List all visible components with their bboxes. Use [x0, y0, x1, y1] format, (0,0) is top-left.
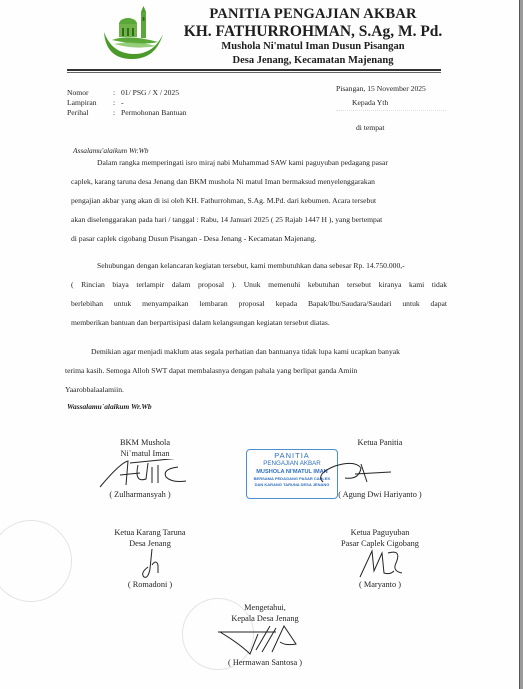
- body-paragraph-1: Dalam rangka memperingati isro miraj nab…: [71, 153, 447, 248]
- signatory-paguyuban: Ketua Paguyuban Pasar Caplek Cigobang ( …: [310, 527, 450, 590]
- recipient-line: [336, 110, 446, 111]
- text-line: terima kasih. Semoga Alloh SWT dapat mem…: [65, 361, 441, 380]
- letter-meta: Nomor : 01/ PSG / X / 2025 Lampiran : - …: [67, 88, 187, 118]
- recipient-location: di tempat: [356, 123, 384, 133]
- mosque-crescent-logo-icon: [98, 4, 168, 62]
- meta-sep: :: [113, 108, 121, 118]
- meta-value: -: [121, 98, 124, 108]
- signatory-subtitle: Ni`matul Iman: [90, 448, 200, 459]
- page-edge: [519, 0, 523, 689]
- meta-sep: :: [113, 88, 121, 98]
- meta-row-perihal: Perihal : Permohonan Bantuan: [67, 108, 187, 118]
- meta-label: Perihal: [67, 108, 113, 118]
- meta-value: Permohonan Bantuan: [121, 108, 187, 118]
- text-line: Dalam rangka memperingati isro miraj nab…: [71, 153, 447, 172]
- letterhead-divider: [67, 69, 441, 73]
- signature-icon: [310, 549, 450, 579]
- letterhead: PANITIA PENGAJIAN AKBAR KH. FATHURROHMAN…: [168, 6, 458, 68]
- signature-icon: [315, 448, 445, 489]
- signatory-title: Ketua Karang Taruna: [90, 527, 210, 538]
- text-line: pengajian akbar yang akan di isi oleh KH…: [71, 191, 447, 210]
- signatory-subtitle: Pasar Caplek Cigobang: [310, 538, 450, 549]
- meta-label: Lampiran: [67, 98, 113, 108]
- signature-icon: [90, 549, 210, 579]
- faded-seal: [0, 520, 72, 602]
- signatory-subtitle: Desa Jenang: [90, 538, 210, 549]
- text-line: ( Rincian biaya terlampir dalam proposal…: [71, 275, 447, 294]
- signatory-name: ( Agung Dwi Hariyanto ): [315, 489, 445, 500]
- signatory-name: ( Zulharmansyah ): [80, 489, 200, 500]
- text-line: Yaarobbalaalamiin.: [65, 380, 441, 399]
- place-date: Pisangan, 15 November 2025: [336, 84, 426, 94]
- signature-icon: [90, 459, 200, 489]
- closing-greeting: Wassalamu`alaikum Wr.Wb: [67, 402, 152, 411]
- text-line: memberikan bantuan dan berpartisipasi da…: [71, 313, 447, 332]
- meta-label: Nomor: [67, 88, 113, 98]
- letter-page: PANITIA PENGAJIAN AKBAR KH. FATHURROHMAN…: [0, 0, 519, 689]
- address-line-2: Desa Jenang, Kecamatan Majenang: [168, 54, 458, 68]
- text-line: Demikian agar menjadi maklum atas segala…: [65, 342, 441, 361]
- address-line-1: Mushola Ni'matul Iman Dusun Pisangan: [168, 40, 458, 54]
- text-line: akan diselenggarakan pada hari / tanggal…: [71, 210, 447, 229]
- meta-value: 01/ PSG / X / 2025: [121, 88, 179, 98]
- org-figure: KH. FATHURROHMAN, S.Ag, M. Pd.: [168, 23, 458, 40]
- body-paragraph-3: Demikian agar menjadi maklum atas segala…: [65, 342, 441, 399]
- signature-icon: [200, 624, 330, 657]
- signatory-ketua-panitia: Ketua Panitia ( Agung Dwi Hariyanto ): [315, 437, 445, 500]
- signatory-name: ( Romadoni ): [90, 579, 210, 590]
- signatory-bkm: BKM Mushola Ni`matul Iman ( Zulharmansya…: [90, 437, 200, 500]
- text-line: caplek, karang taruna desa Jenang dan BK…: [71, 172, 447, 191]
- text-line: di pasar caplek cigobang Dusun Pisangan …: [71, 229, 447, 248]
- signatory-name: ( Maryanto ): [310, 579, 450, 590]
- signatory-subtitle: Kepala Desa Jenang: [200, 613, 330, 624]
- text-line: berlebihan untuk menyampaikan lembaran p…: [71, 294, 447, 313]
- recipient-heading: Kepada Yth: [352, 98, 388, 108]
- signatory-karang-taruna: Ketua Karang Taruna Desa Jenang ( Romado…: [90, 527, 210, 590]
- meta-sep: :: [113, 98, 121, 108]
- signatory-name: ( Hermawan Santosa ): [200, 657, 330, 668]
- body-paragraph-2: Sehubungan dengan kelancaran kegiatan te…: [71, 256, 447, 332]
- meta-row-nomor: Nomor : 01/ PSG / X / 2025: [67, 88, 187, 98]
- signatory-kepala-desa: Mengetahui, Kepala Desa Jenang ( Hermawa…: [200, 602, 330, 668]
- text-line: Sehubungan dengan kelancaran kegiatan te…: [71, 256, 447, 275]
- signatory-title: BKM Mushola: [90, 437, 200, 448]
- org-name: PANITIA PENGAJIAN AKBAR: [168, 6, 458, 23]
- signatory-title: Mengetahui,: [200, 602, 330, 613]
- signatory-title: Ketua Panitia: [315, 437, 445, 448]
- meta-row-lampiran: Lampiran : -: [67, 98, 187, 108]
- signatory-title: Ketua Paguyuban: [310, 527, 450, 538]
